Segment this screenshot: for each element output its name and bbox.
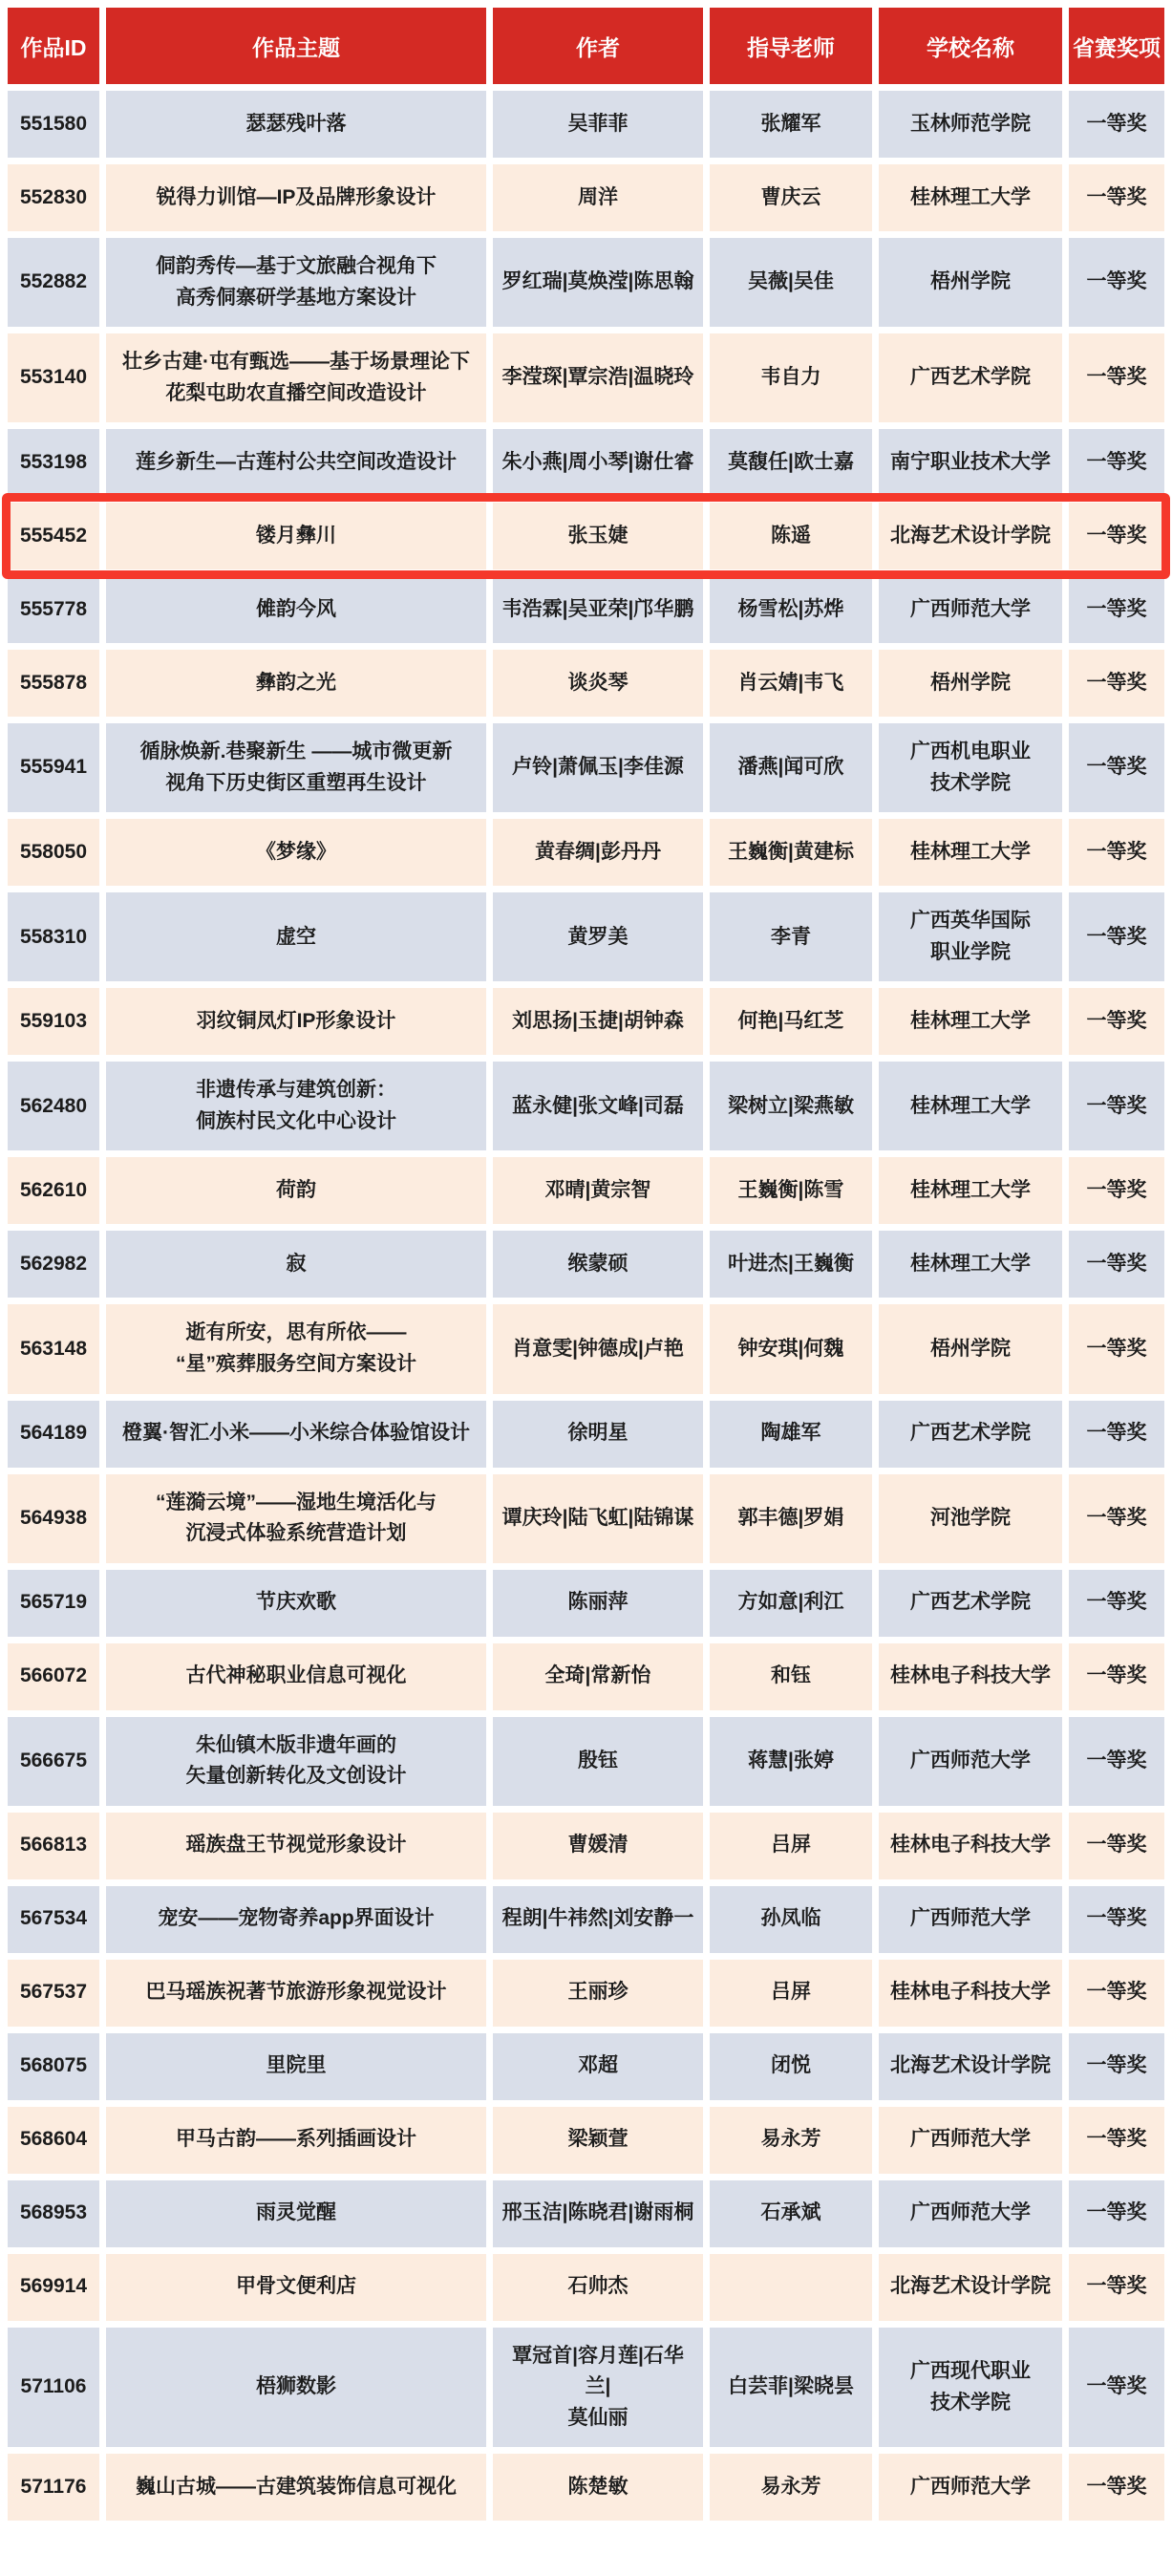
cell-theme: 镂月彝川 [106, 503, 486, 569]
cell-school: 广西师范大学 [879, 2107, 1062, 2174]
cell-id: 552830 [8, 164, 99, 231]
cell-school: 广西师范大学 [879, 576, 1062, 643]
cell-advisors: 陈遥 [710, 503, 872, 569]
cell-advisors: 孙凤临 [710, 1886, 872, 1953]
table-row: 565719节庆欢歌陈丽萍方如意|利江广西艺术学院一等奖 [8, 1570, 1164, 1637]
cell-advisors: 吴薇|吴佳 [710, 238, 872, 327]
cell-award: 一等奖 [1069, 429, 1164, 496]
cell-authors: 邢玉洁|陈晓君|谢雨桐 [493, 2180, 703, 2247]
cell-award: 一等奖 [1069, 1643, 1164, 1710]
cell-school: 桂林电子科技大学 [879, 1960, 1062, 2027]
cell-advisors: 张耀军 [710, 91, 872, 158]
cell-advisors [710, 2254, 872, 2321]
cell-theme: 甲马古韵——系列插画设计 [106, 2107, 486, 2174]
cell-advisors: 王巍衡|黄建标 [710, 819, 872, 886]
cell-award: 一等奖 [1069, 1231, 1164, 1298]
cell-theme: 寂 [106, 1231, 486, 1298]
table-row: 552882侗韵秀传—基于文旅融合视角下 高秀侗寨研学基地方案设计罗红瑞|莫焕滢… [8, 238, 1164, 327]
cell-theme: 莲乡新生—古莲村公共空间改造设计 [106, 429, 486, 496]
cell-theme: 朱仙镇木版非遗年画的 矢量创新转化及文创设计 [106, 1717, 486, 1806]
cell-advisors: 蒋慧|张婷 [710, 1717, 872, 1806]
cell-authors: 卢铃|萧佩玉|李佳源 [493, 723, 703, 812]
cell-award: 一等奖 [1069, 650, 1164, 717]
table-row: 562480非遗传承与建筑创新： 侗族村民文化中心设计蓝永健|张文峰|司磊梁树立… [8, 1062, 1164, 1150]
cell-authors: 曹媛清 [493, 1813, 703, 1879]
cell-award: 一等奖 [1069, 1401, 1164, 1468]
cell-school: 河池学院 [879, 1474, 1062, 1563]
cell-id: 558050 [8, 819, 99, 886]
cell-advisors: 曹庆云 [710, 164, 872, 231]
header-cell-award: 省赛奖项 [1069, 8, 1164, 84]
cell-theme: 节庆欢歌 [106, 1570, 486, 1637]
cell-theme: 里院里 [106, 2033, 486, 2100]
cell-id: 571106 [8, 2328, 99, 2448]
cell-theme: 壮乡古建·屯有甄选——基于场景理论下 花梨屯助农直播空间改造设计 [106, 333, 486, 422]
cell-authors: 肖意雯|钟德成|卢艳 [493, 1304, 703, 1393]
cell-school: 梧州学院 [879, 650, 1062, 717]
cell-theme: 巍山古城——古建筑装饰信息可视化 [106, 2454, 486, 2521]
cell-advisors: 王巍衡|陈雪 [710, 1157, 872, 1224]
cell-school: 南宁职业技术大学 [879, 429, 1062, 496]
cell-theme: 傩韵今风 [106, 576, 486, 643]
cell-id: 555778 [8, 576, 99, 643]
cell-award: 一等奖 [1069, 819, 1164, 886]
cell-school: 广西师范大学 [879, 1717, 1062, 1806]
cell-school: 广西艺术学院 [879, 1570, 1062, 1637]
table-row: 569914甲骨文便利店石帅杰北海艺术设计学院一等奖 [8, 2254, 1164, 2321]
cell-id: 566813 [8, 1813, 99, 1879]
cell-authors: 陈丽萍 [493, 1570, 703, 1637]
cell-advisors: 白芸菲|梁晓昙 [710, 2328, 872, 2448]
cell-advisors: 易永芳 [710, 2454, 872, 2521]
cell-advisors: 郭丰德|罗娟 [710, 1474, 872, 1563]
cell-school: 桂林理工大学 [879, 1231, 1062, 1298]
cell-school: 桂林电子科技大学 [879, 1813, 1062, 1879]
cell-id: 566675 [8, 1717, 99, 1806]
cell-authors: 朱小燕|周小琴|谢仕睿 [493, 429, 703, 496]
cell-advisors: 潘燕|闻可欣 [710, 723, 872, 812]
cell-id: 569914 [8, 2254, 99, 2321]
cell-theme: 荷韵 [106, 1157, 486, 1224]
cell-school: 桂林理工大学 [879, 1062, 1062, 1150]
cell-theme: 巴马瑶族祝著节旅游形象视觉设计 [106, 1960, 486, 2027]
cell-award: 一等奖 [1069, 1717, 1164, 1806]
cell-school: 桂林电子科技大学 [879, 1643, 1062, 1710]
cell-theme: 循脉焕新.巷聚新生 ——城市微更新 视角下历史街区重塑再生设计 [106, 723, 486, 812]
cell-authors: 罗红瑞|莫焕滢|陈思翰 [493, 238, 703, 327]
cell-advisors: 李青 [710, 892, 872, 981]
table-row: 553198莲乡新生—古莲村公共空间改造设计朱小燕|周小琴|谢仕睿莫馥任|欧士嘉… [8, 429, 1164, 496]
cell-id: 565719 [8, 1570, 99, 1637]
cell-authors: 刘思扬|玉捷|胡钟森 [493, 988, 703, 1055]
cell-award: 一等奖 [1069, 2328, 1164, 2448]
cell-theme: 侗韵秀传—基于文旅融合视角下 高秀侗寨研学基地方案设计 [106, 238, 486, 327]
table-row: 555778傩韵今风韦浩霖|吴亚荣|邝华鹏杨雪松|苏烨广西师范大学一等奖 [8, 576, 1164, 643]
cell-id: 562480 [8, 1062, 99, 1150]
cell-authors: 全琦|常新怡 [493, 1643, 703, 1710]
cell-theme: 《梦缘》 [106, 819, 486, 886]
table-row: 568075里院里邓超闭悦北海艺术设计学院一等奖 [8, 2033, 1164, 2100]
cell-award: 一等奖 [1069, 2107, 1164, 2174]
cell-authors: 梁颖萱 [493, 2107, 703, 2174]
cell-award: 一等奖 [1069, 333, 1164, 422]
cell-id: 568075 [8, 2033, 99, 2100]
cell-authors: 覃冠首|容月莲|石华兰| 莫仙丽 [493, 2328, 703, 2448]
table-row: 553140壮乡古建·屯有甄选——基于场景理论下 花梨屯助农直播空间改造设计李滢… [8, 333, 1164, 422]
cell-award: 一等奖 [1069, 238, 1164, 327]
cell-theme: 甲骨文便利店 [106, 2254, 486, 2321]
cell-id: 562610 [8, 1157, 99, 1224]
cell-theme: 锐得力训馆—IP及品牌形象设计 [106, 164, 486, 231]
cell-authors: 邓超 [493, 2033, 703, 2100]
cell-authors: 黄春绸|彭丹丹 [493, 819, 703, 886]
cell-theme: 梧狮数影 [106, 2328, 486, 2448]
table-row: 571176巍山古城——古建筑装饰信息可视化陈楚敏易永芳广西师范大学一等奖 [8, 2454, 1164, 2521]
cell-advisors: 易永芳 [710, 2107, 872, 2174]
cell-award: 一等奖 [1069, 892, 1164, 981]
cell-id: 552882 [8, 238, 99, 327]
cell-school: 北海艺术设计学院 [879, 2254, 1062, 2321]
cell-id: 562982 [8, 1231, 99, 1298]
table-row: 568953雨灵觉醒邢玉洁|陈晓君|谢雨桐石承斌广西师范大学一等奖 [8, 2180, 1164, 2247]
cell-school: 广西师范大学 [879, 2454, 1062, 2521]
cell-theme: 瑟瑟残叶落 [106, 91, 486, 158]
cell-theme: 非遗传承与建筑创新： 侗族村民文化中心设计 [106, 1062, 486, 1150]
cell-authors: 韦浩霖|吴亚荣|邝华鹏 [493, 576, 703, 643]
cell-award: 一等奖 [1069, 1570, 1164, 1637]
table-row: 563148逝有所安，思有所依—— “星”殡葬服务空间方案设计肖意雯|钟德成|卢… [8, 1304, 1164, 1393]
cell-id: 558310 [8, 892, 99, 981]
cell-id: 555452 [8, 503, 99, 569]
table-body: 551580瑟瑟残叶落吴菲菲张耀军玉林师范学院一等奖552830锐得力训馆—IP… [8, 91, 1164, 2521]
table-row: 552830锐得力训馆—IP及品牌形象设计周洋曹庆云桂林理工大学一等奖 [8, 164, 1164, 231]
cell-advisors: 韦自力 [710, 333, 872, 422]
cell-school: 广西艺术学院 [879, 333, 1062, 422]
cell-school: 玉林师范学院 [879, 91, 1062, 158]
cell-theme: 雨灵觉醒 [106, 2180, 486, 2247]
cell-theme: 瑶族盘王节视觉形象设计 [106, 1813, 486, 1879]
cell-award: 一等奖 [1069, 1813, 1164, 1879]
cell-advisors: 梁树立|梁燕敏 [710, 1062, 872, 1150]
cell-award: 一等奖 [1069, 1960, 1164, 2027]
table-row: 566072古代神秘职业信息可视化全琦|常新怡和钰桂林电子科技大学一等奖 [8, 1643, 1164, 1710]
cell-advisors: 吕屏 [710, 1813, 872, 1879]
cell-advisors: 钟安琪|何魏 [710, 1304, 872, 1393]
cell-id: 555878 [8, 650, 99, 717]
table-row: 562610荷韵邓晴|黄宗智王巍衡|陈雪桂林理工大学一等奖 [8, 1157, 1164, 1224]
table-row: 558310虚空黄罗美李青广西英华国际 职业学院一等奖 [8, 892, 1164, 981]
cell-authors: 殷钰 [493, 1717, 703, 1806]
cell-authors: 邓晴|黄宗智 [493, 1157, 703, 1224]
cell-authors: 徐明星 [493, 1401, 703, 1468]
cell-award: 一等奖 [1069, 503, 1164, 569]
table-row: 567537巴马瑶族祝著节旅游形象视觉设计王丽珍吕屏桂林电子科技大学一等奖 [8, 1960, 1164, 2027]
table-row: 566813瑶族盘王节视觉形象设计曹媛清吕屏桂林电子科技大学一等奖 [8, 1813, 1164, 1879]
cell-authors: 张玉婕 [493, 503, 703, 569]
cell-award: 一等奖 [1069, 1062, 1164, 1150]
cell-award: 一等奖 [1069, 2254, 1164, 2321]
table-row: 571106梧狮数影覃冠首|容月莲|石华兰| 莫仙丽白芸菲|梁晓昙广西现代职业 … [8, 2328, 1164, 2448]
cell-award: 一等奖 [1069, 1474, 1164, 1563]
cell-id: 555941 [8, 723, 99, 812]
cell-theme: 宠安——宠物寄养app界面设计 [106, 1886, 486, 1953]
cell-id: 564189 [8, 1401, 99, 1468]
table-row: 558050《梦缘》黄春绸|彭丹丹王巍衡|黄建标桂林理工大学一等奖 [8, 819, 1164, 886]
cell-authors: 陈楚敏 [493, 2454, 703, 2521]
cell-advisors: 石承斌 [710, 2180, 872, 2247]
cell-award: 一等奖 [1069, 2454, 1164, 2521]
cell-advisors: 和钰 [710, 1643, 872, 1710]
cell-id: 559103 [8, 988, 99, 1055]
cell-authors: 王丽珍 [493, 1960, 703, 2027]
cell-award: 一等奖 [1069, 1157, 1164, 1224]
cell-advisors: 方如意|利江 [710, 1570, 872, 1637]
table-row: 559103羽纹铜凤灯IP形象设计刘思扬|玉捷|胡钟森何艳|马红芝桂林理工大学一… [8, 988, 1164, 1055]
cell-id: 563148 [8, 1304, 99, 1393]
cell-authors: 缑蒙硕 [493, 1231, 703, 1298]
cell-award: 一等奖 [1069, 1304, 1164, 1393]
cell-theme: 彝韵之光 [106, 650, 486, 717]
header-cell-authors: 作者 [493, 8, 703, 84]
cell-school: 广西机电职业 技术学院 [879, 723, 1062, 812]
cell-school: 广西英华国际 职业学院 [879, 892, 1062, 981]
header-cell-advisors: 指导老师 [710, 8, 872, 84]
header-cell-id: 作品ID [8, 8, 99, 84]
cell-school: 广西师范大学 [879, 1886, 1062, 1953]
cell-theme: 虚空 [106, 892, 486, 981]
cell-id: 553198 [8, 429, 99, 496]
cell-school: 梧州学院 [879, 1304, 1062, 1393]
table-row: 566675朱仙镇木版非遗年画的 矢量创新转化及文创设计殷钰蒋慧|张婷广西师范大… [8, 1717, 1164, 1806]
cell-authors: 石帅杰 [493, 2254, 703, 2321]
award-results-table: 作品ID作品主题作者指导老师学校名称省赛奖项 551580瑟瑟残叶落吴菲菲张耀军… [0, 0, 1172, 2535]
cell-school: 北海艺术设计学院 [879, 2033, 1062, 2100]
table-row: 555941循脉焕新.巷聚新生 ——城市微更新 视角下历史街区重塑再生设计卢铃|… [8, 723, 1164, 812]
cell-id: 568604 [8, 2107, 99, 2174]
cell-school: 广西师范大学 [879, 2180, 1062, 2247]
cell-advisors: 叶进杰|王巍衡 [710, 1231, 872, 1298]
cell-school: 桂林理工大学 [879, 164, 1062, 231]
cell-award: 一等奖 [1069, 1886, 1164, 1953]
cell-award: 一等奖 [1069, 2180, 1164, 2247]
cell-award: 一等奖 [1069, 576, 1164, 643]
cell-theme: 古代神秘职业信息可视化 [106, 1643, 486, 1710]
cell-authors: 吴菲菲 [493, 91, 703, 158]
cell-theme: 橙翼·智汇小米——小米综合体验馆设计 [106, 1401, 486, 1468]
cell-school: 梧州学院 [879, 238, 1062, 327]
cell-advisors: 何艳|马红芝 [710, 988, 872, 1055]
cell-award: 一等奖 [1069, 91, 1164, 158]
cell-school: 广西艺术学院 [879, 1401, 1062, 1468]
cell-id: 551580 [8, 91, 99, 158]
cell-advisors: 杨雪松|苏烨 [710, 576, 872, 643]
cell-authors: 李滢琛|覃宗浩|温晓玲 [493, 333, 703, 422]
table-row: 562982寂缑蒙硕叶进杰|王巍衡桂林理工大学一等奖 [8, 1231, 1164, 1298]
cell-authors: 蓝永健|张文峰|司磊 [493, 1062, 703, 1150]
cell-school: 桂林理工大学 [879, 988, 1062, 1055]
table-row: 564938“莲漪云境”——湿地生境活化与 沉浸式体验系统营造计划谭庆玲|陆飞虹… [8, 1474, 1164, 1563]
cell-award: 一等奖 [1069, 988, 1164, 1055]
cell-id: 567537 [8, 1960, 99, 2027]
table-row: 551580瑟瑟残叶落吴菲菲张耀军玉林师范学院一等奖 [8, 91, 1164, 158]
table-row: 567534宠安——宠物寄养app界面设计程朗|牛祎然|刘安静一孙凤临广西师范大… [8, 1886, 1164, 1953]
cell-id: 571176 [8, 2454, 99, 2521]
cell-award: 一等奖 [1069, 164, 1164, 231]
cell-authors: 程朗|牛祎然|刘安静一 [493, 1886, 703, 1953]
table-header-row: 作品ID作品主题作者指导老师学校名称省赛奖项 [8, 8, 1164, 84]
header-cell-theme: 作品主题 [106, 8, 486, 84]
cell-id: 566072 [8, 1643, 99, 1710]
cell-advisors: 肖云婧|韦飞 [710, 650, 872, 717]
cell-theme: “莲漪云境”——湿地生境活化与 沉浸式体验系统营造计划 [106, 1474, 486, 1563]
cell-school: 北海艺术设计学院 [879, 503, 1062, 569]
header-cell-school: 学校名称 [879, 8, 1062, 84]
cell-school: 桂林理工大学 [879, 819, 1062, 886]
table-row: 555878彝韵之光谈炎琴肖云婧|韦飞梧州学院一等奖 [8, 650, 1164, 717]
cell-award: 一等奖 [1069, 2033, 1164, 2100]
cell-authors: 周洋 [493, 164, 703, 231]
cell-theme: 逝有所安，思有所依—— “星”殡葬服务空间方案设计 [106, 1304, 486, 1393]
cell-award: 一等奖 [1069, 723, 1164, 812]
cell-id: 567534 [8, 1886, 99, 1953]
cell-school: 桂林理工大学 [879, 1157, 1062, 1224]
cell-id: 564938 [8, 1474, 99, 1563]
cell-advisors: 陶雄军 [710, 1401, 872, 1468]
table-row: 568604甲马古韵——系列插画设计梁颖萱易永芳广西师范大学一等奖 [8, 2107, 1164, 2174]
cell-advisors: 莫馥任|欧士嘉 [710, 429, 872, 496]
highlighted-table-row: 555452镂月彝川张玉婕陈遥北海艺术设计学院一等奖 [8, 503, 1164, 569]
table-row: 564189橙翼·智汇小米——小米综合体验馆设计徐明星陶雄军广西艺术学院一等奖 [8, 1401, 1164, 1468]
cell-authors: 谭庆玲|陆飞虹|陆锦谋 [493, 1474, 703, 1563]
cell-authors: 黄罗美 [493, 892, 703, 981]
cell-advisors: 吕屏 [710, 1960, 872, 2027]
cell-school: 广西现代职业 技术学院 [879, 2328, 1062, 2448]
cell-id: 568953 [8, 2180, 99, 2247]
cell-id: 553140 [8, 333, 99, 422]
cell-theme: 羽纹铜凤灯IP形象设计 [106, 988, 486, 1055]
cell-authors: 谈炎琴 [493, 650, 703, 717]
cell-advisors: 闭悦 [710, 2033, 872, 2100]
